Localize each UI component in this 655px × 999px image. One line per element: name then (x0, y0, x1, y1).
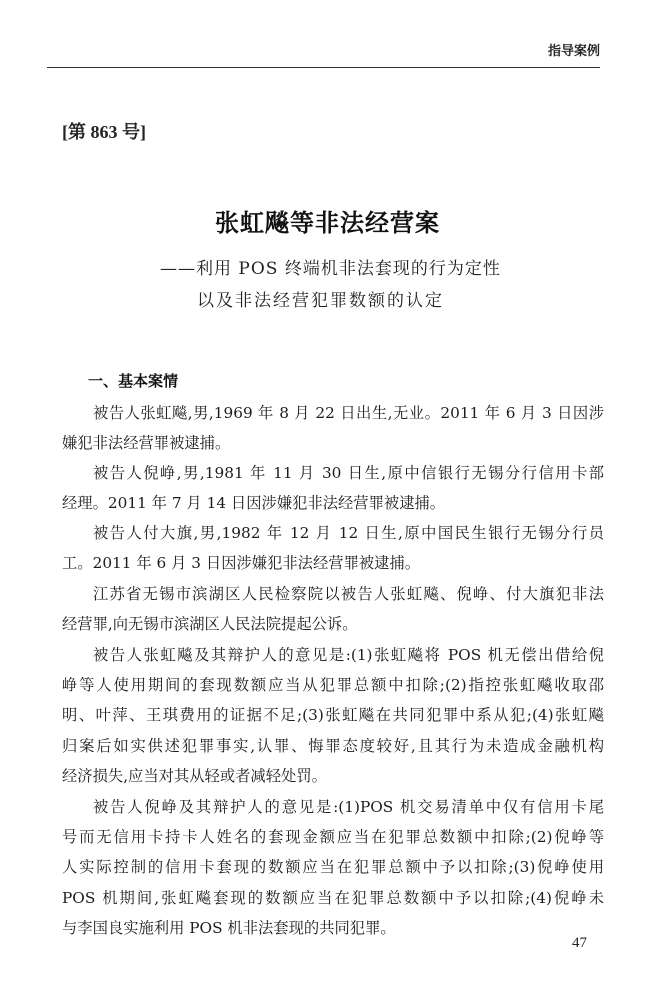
body-line: 人实际控制的信用卡套现的数额应当在犯罪总额中予以扣除;(3)倪峥使用 (62, 857, 604, 877)
body-line: 被告人倪峥及其辩护人的意见是:(1)POS 机交易清单中仅有信用卡尾 (93, 797, 604, 817)
page-number: 47 (572, 935, 587, 952)
body-line: 归案后如实供述犯罪事实,认罪、悔罪态度较好,且其行为未造成金融机构 (62, 736, 604, 756)
running-header: 指导案例 (500, 40, 600, 59)
body-line: 与李国良实施利用 POS 机非法套现的共同犯罪。 (62, 918, 604, 938)
body-line: 经理。2011 年 7 月 14 日因涉嫌犯非法经营罪被逮捕。 (62, 493, 604, 513)
body-line: POS 机期间,张虹飚套现的数额应当在犯罪总数额中予以扣除;(4)倪峥未 (62, 888, 604, 908)
body-line: 江苏省无锡市滨湖区人民检察院以被告人张虹飚、倪峥、付大旗犯非法 (93, 584, 604, 604)
subtitle-line-1: ——利用 POS 终端机非法套现的行为定性 (160, 254, 501, 279)
body-line: 工。2011 年 6 月 3 日因涉嫌犯非法经营罪被逮捕。 (62, 553, 604, 573)
case-title: 张虹飚等非法经营案 (0, 203, 655, 238)
body-line: 被告人付大旗,男,1982 年 12 月 12 日生,原中国民生银行无锡分行员 (93, 523, 604, 543)
body-line: 被告人倪峥,男,1981 年 11 月 30 日生,原中信银行无锡分行信用卡部 (93, 463, 604, 483)
section-heading: 一、基本案情 (88, 370, 178, 391)
body-line: 明、叶萍、王琪费用的证据不足;(3)张虹飚在共同犯罪中系从犯;(4)张虹飚 (62, 705, 604, 725)
case-number: [第 863 号] (62, 118, 146, 144)
body-line: 嫌犯非法经营罪被逮捕。 (62, 433, 604, 453)
body-line: 号而无信用卡持卡人姓名的套现金额应当在犯罪总数额中扣除;(2)倪峥等 (62, 827, 604, 847)
subtitle-line-2: 以及非法经营犯罪数额的认定 (197, 286, 444, 311)
header-rule (47, 67, 600, 68)
body-line: 经济损失,应当对其从轻或者减轻处罚。 (62, 766, 604, 786)
body-line: 被告人张虹飚,男,1969 年 8 月 22 日出生,无业。2011 年 6 月… (93, 403, 604, 423)
body-line: 被告人张虹飚及其辩护人的意见是:(1)张虹飚将 POS 机无偿出借给倪 (93, 645, 604, 665)
body-line: 经营罪,向无锡市滨湖区人民法院提起公诉。 (62, 614, 604, 634)
body-line: 峥等人使用期间的套现数额应当从犯罪总额中扣除;(2)指控张虹飚收取邵 (62, 675, 604, 695)
